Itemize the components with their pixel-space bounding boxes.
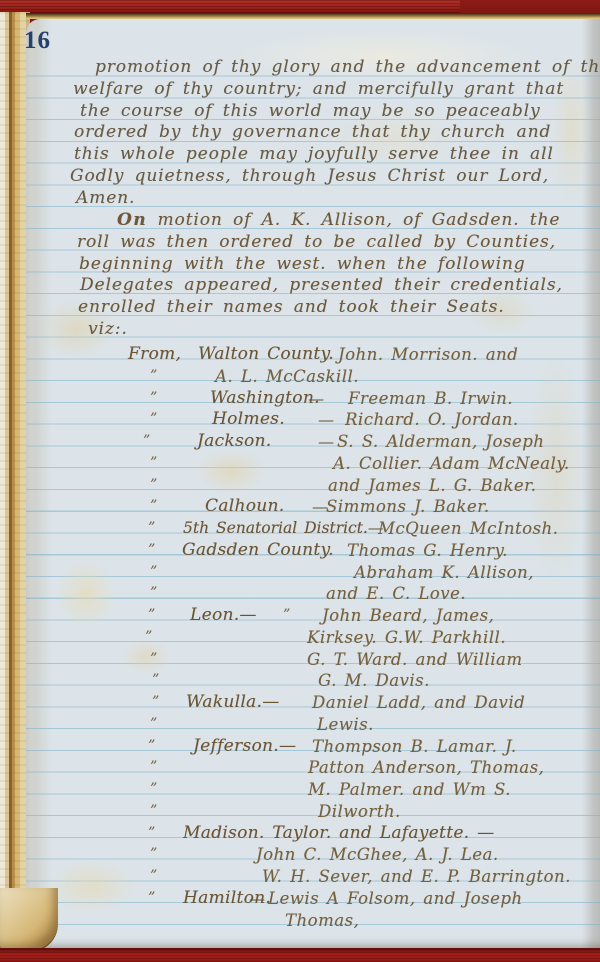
delegate-names: A. Collier. Adam McNealy. [333, 453, 570, 475]
manuscript-scan: 16 promotion of thy glory and the advanc… [0, 0, 600, 962]
handwritten-line: enrolled their names and took their Seat… [78, 297, 600, 319]
roster-row: ” John C. McGhee, A. J. Lea. [0, 844, 600, 866]
emphasized-word: On [117, 210, 147, 230]
delegate-names: Lewis A Folsom, and Joseph [268, 888, 523, 910]
delegate-names: S. S. Alderman, Joseph [337, 431, 544, 453]
ditto-mark: ” [152, 670, 160, 692]
county-name: Gadsden County. [182, 540, 334, 562]
ditto-mark: ” [145, 627, 153, 649]
roster-row: ” W. H. Sever, and E. P. Barrington. [0, 866, 600, 888]
roster-row: ” Abraham K. Allison, [0, 562, 600, 584]
delegate-names: Patton Anderson, Thomas, [308, 757, 544, 779]
prayer-paragraph: promotion of thy glory and the advanceme… [0, 57, 600, 209]
handwritten-line: beginning with the west. when the follow… [79, 254, 600, 276]
motion-paragraph: On motion of A. K. Allison, of Gadsden. … [0, 210, 600, 341]
ditto-mark: ” [150, 866, 158, 888]
roster-row: ” Calhoun. — Simmons J. Baker. [0, 496, 600, 518]
roster-row: From, Walton County. John. Morrison. and [0, 344, 600, 366]
handwritten-line: this whole people may joyfully serve the… [74, 144, 600, 166]
book-cover-bottom [0, 948, 600, 962]
county-name: 5th Senatorial District.— [183, 518, 383, 540]
county-name: Calhoun. [205, 496, 284, 518]
roster-row: ” Patton Anderson, Thomas, [0, 757, 600, 779]
ditto-mark: ” [150, 714, 158, 736]
dash: — [308, 388, 324, 410]
handwriting-layer: promotion of thy glory and the advanceme… [0, 0, 600, 962]
roster-row: ” Jackson. — S. S. Alderman, Joseph [0, 431, 600, 453]
ditto-mark: ” [150, 409, 158, 431]
roster-row: ” M. Palmer. and Wm S. [0, 779, 600, 801]
county-name: Jefferson.— [193, 736, 296, 758]
ditto-mark: ” [150, 366, 158, 388]
county-name: Leon.— [190, 605, 257, 627]
delegate-names: Abraham K. Allison, [354, 562, 534, 584]
county-name: Madison. Taylor. and Lafayette. — [183, 823, 494, 845]
county-name: Holmes. [212, 409, 285, 431]
delegates-roster: From, Walton County. John. Morrison. and… [0, 344, 600, 931]
handwritten-line: Godly quietness, through Jesus Christ ou… [70, 166, 600, 188]
handwritten-line: ordered by thy governance that thy churc… [74, 122, 600, 144]
delegate-names: and James L. G. Baker. [328, 475, 536, 497]
handwritten-line: Delegates appeared, presented their cred… [80, 275, 600, 297]
handwritten-line: viz:. [88, 319, 600, 341]
roster-row: ” 5th Senatorial District.— McQueen McIn… [0, 518, 600, 540]
delegate-names: Lewis. [317, 714, 374, 736]
delegate-names: John. Morrison. and [338, 344, 518, 366]
roster-row: ” G. T. Ward. and William [0, 649, 600, 671]
county-name: Wakulla.— [186, 692, 280, 714]
roster-row: ” Washington. — Freeman B. Irwin. [0, 388, 600, 410]
dash: — [318, 431, 334, 453]
ditto-mark: ” [150, 779, 158, 801]
ditto-mark: ” [150, 649, 158, 671]
delegate-names: Kirksey. G.W. Parkhill. [307, 627, 506, 649]
delegate-names: Thomas, [285, 910, 359, 932]
ditto-mark: ” [148, 540, 156, 562]
ditto-mark: ” [143, 431, 151, 453]
ditto-mark: ” [148, 736, 156, 758]
ditto-mark: ” [148, 888, 156, 910]
delegate-names: John Beard, James, [322, 605, 494, 627]
roster-row: ” Gadsden County. Thomas G. Henry. [0, 540, 600, 562]
handwritten-line: welfare of thy country; and mercifully g… [73, 79, 600, 101]
ditto-mark: ” [150, 453, 158, 475]
roster-row: ” A. Collier. Adam McNealy. [0, 453, 600, 475]
ditto-mark: ” [150, 475, 158, 497]
county-name: Jackson. [197, 431, 271, 453]
handwritten-line: roll was then ordered to be called by Co… [77, 232, 600, 254]
roster-row: ” Madison. Taylor. and Lafayette. — [0, 823, 600, 845]
ditto-mark: ” [150, 844, 158, 866]
ditto-mark: ” [150, 562, 158, 584]
delegate-names: M. Palmer. and Wm S. [308, 779, 511, 801]
handwritten-line: promotion of thy glory and the advanceme… [95, 57, 600, 79]
ditto-mark: ” [148, 605, 156, 627]
ditto-mark: ” [148, 518, 156, 540]
handwritten-line: Amen. [76, 188, 600, 210]
county-name: Walton County. [198, 344, 334, 366]
delegate-names: Thomas G. Henry. [347, 540, 508, 562]
ditto-mark: ” [283, 605, 291, 627]
delegate-names: A. L. McCaskill. [215, 366, 359, 388]
roster-row: ” A. L. McCaskill. [0, 366, 600, 388]
page-corner-curl [0, 888, 58, 950]
county-name: Washington. [210, 388, 320, 410]
handwritten-line: the course of this world may be so peace… [80, 101, 600, 123]
ditto-mark: ” [150, 496, 158, 518]
ditto-mark: ” [148, 823, 156, 845]
from-label: From, [128, 344, 181, 366]
ditto-mark: ” [152, 692, 160, 714]
dash: — [318, 409, 334, 431]
delegate-names: McQueen McIntosh. [378, 518, 558, 540]
roster-row: ” Lewis. [0, 714, 600, 736]
roster-row: ” and James L. G. Baker. [0, 475, 600, 497]
roster-row: ” Wakulla.— Daniel Ladd, and David [0, 692, 600, 714]
delegate-names: and E. C. Love. [326, 583, 466, 605]
delegate-names: Simmons J. Baker. [326, 496, 490, 518]
roster-row: ” G. M. Davis. [0, 670, 600, 692]
delegate-names: Richard. O. Jordan. [345, 409, 519, 431]
roster-row: ” Dilworth. [0, 801, 600, 823]
roster-row: ” and E. C. Love. [0, 583, 600, 605]
roster-row: ” Leon.— ” John Beard, James, [0, 605, 600, 627]
roster-row: ” Holmes. — Richard. O. Jordan. [0, 409, 600, 431]
roster-row: ” Hamilton. — Lewis A Folsom, and Joseph [0, 888, 600, 910]
delegate-names: John C. McGhee, A. J. Lea. [256, 844, 499, 866]
delegate-names: G. M. Davis. [318, 670, 430, 692]
ditto-mark: ” [150, 388, 158, 410]
delegate-names: W. H. Sever, and E. P. Barrington. [262, 866, 571, 888]
delegate-names: Dilworth. [318, 801, 401, 823]
ditto-mark: ” [150, 801, 158, 823]
roster-row: ” Jefferson.— Thompson B. Lamar. J. [0, 736, 600, 758]
delegate-names: Freeman B. Irwin. [348, 388, 513, 410]
ditto-mark: ” [150, 757, 158, 779]
roster-row: ” Kirksey. G.W. Parkhill. [0, 627, 600, 649]
roster-row: Thomas, [0, 910, 600, 932]
delegate-names: G. T. Ward. and William [307, 649, 523, 671]
handwritten-line: motion of A. K. Allison, of Gadsden. the [157, 210, 560, 230]
delegate-names: Thompson B. Lamar. J. [312, 736, 517, 758]
ditto-mark: ” [150, 583, 158, 605]
delegate-names: Daniel Ladd, and David [312, 692, 525, 714]
dash: — [249, 888, 265, 910]
